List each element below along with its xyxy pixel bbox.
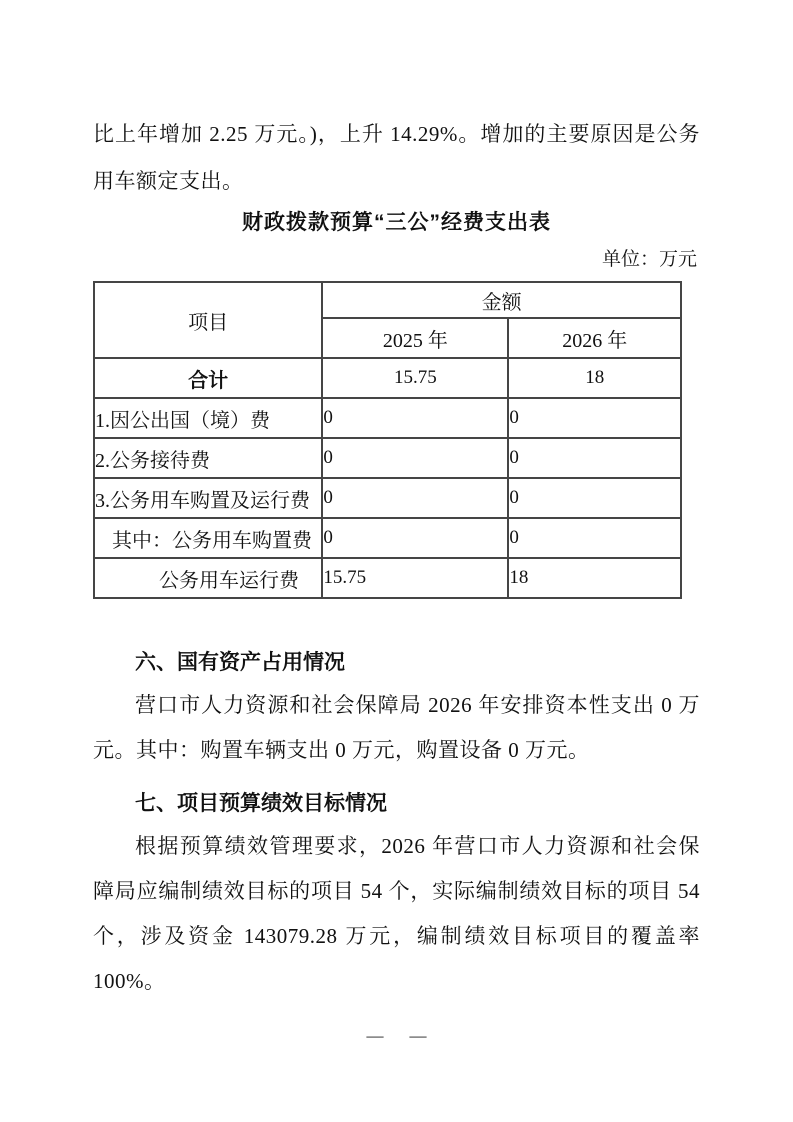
row-label: 3.公务用车购置及运行费 (94, 478, 322, 518)
row-value-2026: 0 (508, 438, 681, 478)
footer-dash-left: — (367, 1026, 384, 1046)
section-body-performance-targets: 根据预算绩效管理要求，2026 年营口市人力资源和社会保障局应编制绩效目标的项目… (93, 824, 700, 1004)
row-label: 其中：公务用车购置费 (94, 518, 322, 558)
intro-paragraph: 比上年增加 2.25 万元。)，上升 14.29%。增加的主要原因是公务用车额定… (93, 111, 700, 205)
table-row-reception-fee: 2.公务接待费 0 0 (94, 438, 681, 478)
row-label: 2.公务接待费 (94, 438, 322, 478)
table-row-total: 合计 15.75 18 (94, 358, 681, 398)
section-heading-state-assets: 六、国有资产占用情况 (93, 649, 700, 677)
header-cell-item: 项目 (94, 282, 322, 358)
unit-label: 单位：万元 (93, 248, 697, 272)
row-value-2026: 0 (508, 398, 681, 438)
table-header-row-1: 项目 金额 (94, 282, 681, 318)
document-content: 比上年增加 2.25 万元。)，上升 14.29%。增加的主要原因是公务用车额定… (93, 111, 700, 1004)
section-heading-performance-targets: 七、项目预算绩效目标情况 (93, 790, 700, 818)
row-value-2025: 15.75 (322, 358, 508, 398)
table-row-vehicle-purchase-and-operation: 3.公务用车购置及运行费 0 0 (94, 478, 681, 518)
section-body-state-assets: 营口市人力资源和社会保障局 2026 年安排资本性支出 0 万元。其中：购置车辆… (93, 683, 700, 773)
row-label: 合计 (94, 358, 322, 398)
table-row-abroad-fee: 1.因公出国（境）费 0 0 (94, 398, 681, 438)
row-value-2026: 18 (508, 558, 681, 598)
header-cell-2025: 2025 年 (322, 318, 508, 358)
row-value-2025: 0 (322, 438, 508, 478)
table-title: 财政拨款预算“三公”经费支出表 (93, 208, 700, 238)
row-value-2026: 0 (508, 518, 681, 558)
row-value-2025: 15.75 (322, 558, 508, 598)
row-label: 公务用车运行费 (94, 558, 322, 598)
row-value-2026: 18 (508, 358, 681, 398)
header-cell-amount: 金额 (322, 282, 681, 318)
table-row-vehicle-purchase: 其中：公务用车购置费 0 0 (94, 518, 681, 558)
row-value-2025: 0 (322, 398, 508, 438)
table-row-vehicle-operation: 公务用车运行费 15.75 18 (94, 558, 681, 598)
row-value-2025: 0 (322, 478, 508, 518)
three-public-expense-table: 项目 金额 2025 年 2026 年 合计 15.75 18 1.因公出国（境… (93, 281, 682, 599)
document-page: 比上年增加 2.25 万元。)，上升 14.29%。增加的主要原因是公务用车额定… (0, 0, 793, 1122)
footer-dash-right: — (410, 1026, 427, 1046)
header-cell-2026: 2026 年 (508, 318, 681, 358)
row-value-2026: 0 (508, 478, 681, 518)
page-footer: — — (0, 1026, 793, 1046)
row-label: 1.因公出国（境）费 (94, 398, 322, 438)
row-value-2025: 0 (322, 518, 508, 558)
